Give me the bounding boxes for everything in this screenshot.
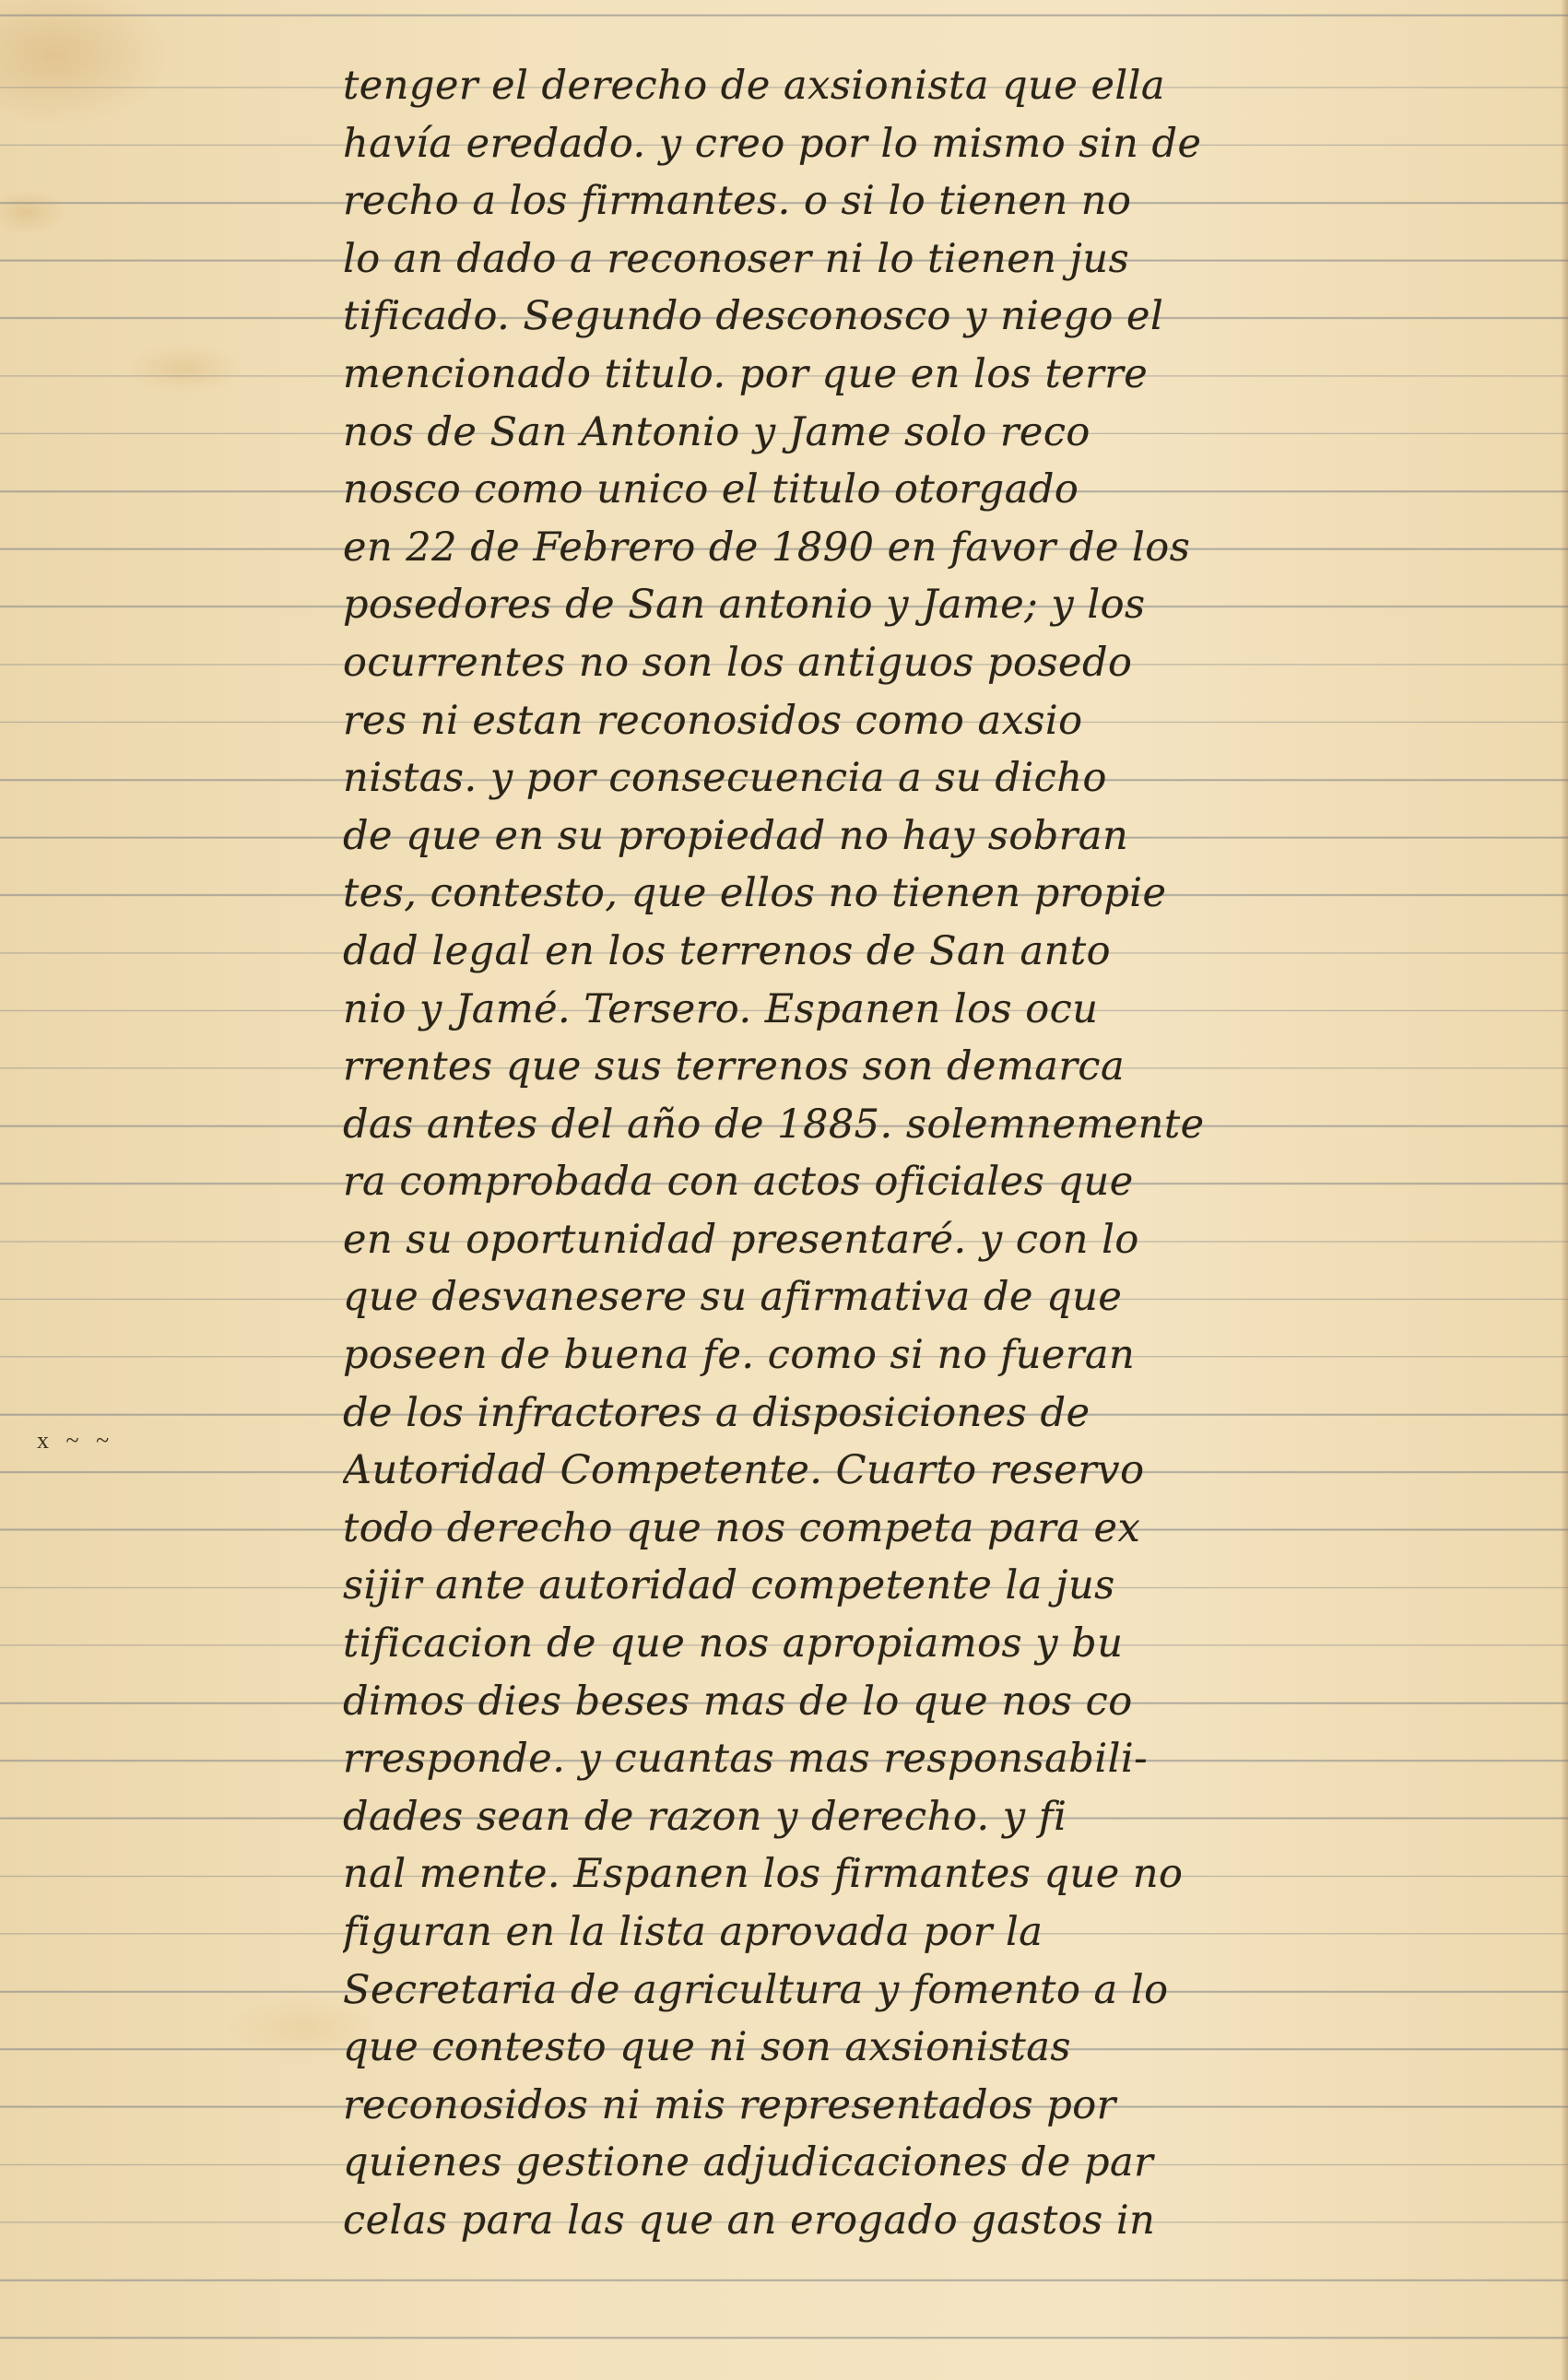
text-line: lo an dado a reconoser ni lo tienen jus <box>343 230 1560 289</box>
text-line: rrentes que sus terrenos son demarca <box>343 1038 1560 1096</box>
manuscript-page: x ~ ~ tenger el derecho de axsionista qu… <box>0 0 1568 2380</box>
text-line: dimos dies beses mas de lo que nos co <box>343 1673 1560 1731</box>
text-line: de los infractores a disposiciones de <box>343 1384 1560 1443</box>
text-line: todo derecho que nos competa para ex <box>343 1500 1560 1558</box>
text-line: tes, contesto, que ellos no tienen propi… <box>343 865 1560 923</box>
text-line: res ni estan reconosidos como axsio <box>343 692 1560 750</box>
text-line: en su oportunidad presentaré. y con lo <box>343 1211 1560 1269</box>
text-line: ocurrentes no son los antiguos posedo <box>343 634 1560 692</box>
text-line: que desvanesere su afirmativa de que <box>343 1268 1560 1326</box>
text-line: recho a los firmantes. o si lo tienen no <box>343 172 1560 230</box>
text-line: havía eredado. y creo por lo mismo sin d… <box>343 115 1560 173</box>
text-line: Secretaria de agricultura y fomento a lo <box>343 1962 1560 2020</box>
text-line: ra comprobada con actos oficiales que <box>343 1153 1560 1211</box>
text-line: reconosidos ni mis representados por <box>343 2077 1560 2135</box>
show-through-ink <box>0 55 332 113</box>
page-edge-shadow <box>1561 0 1568 2380</box>
text-line: tificacion de que nos apropiamos y bu <box>343 1615 1560 1673</box>
text-line: figuran en la lista aprovada por la <box>343 1903 1560 1962</box>
text-line: celas para las que an erogado gastos in <box>343 2192 1560 2250</box>
text-line: posedores de San antonio y Jame; y los <box>343 576 1560 634</box>
text-line: nos de San Antonio y Jame solo reco <box>343 404 1560 462</box>
text-line: Autoridad Competente. Cuarto reservo <box>343 1442 1560 1500</box>
text-line: nal mente. Espanen los firmantes que no <box>343 1845 1560 1903</box>
text-line: poseen de buena fe. como si no fueran <box>343 1326 1560 1384</box>
text-line: nistas. y por consecuencia a su dicho <box>343 749 1560 807</box>
text-line: rresponde. y cuantas mas responsabili- <box>343 1730 1560 1788</box>
text-line: nio y Jamé. Tersero. Espanen los ocu <box>343 981 1560 1039</box>
handwritten-text-block: tenger el derecho de axsionista que ella… <box>343 24 1560 2250</box>
text-line: nosco como unico el titulo otorgado <box>343 461 1560 519</box>
text-line: que contesto que ni son axsionistas <box>343 2019 1560 2077</box>
margin-annotation: x ~ ~ <box>37 1427 114 1455</box>
text-line: mencionado titulo. por que en los terre <box>343 346 1560 404</box>
text-line: tenger el derecho de axsionista que ella <box>343 57 1560 115</box>
text-line: quienes gestione adjudicaciones de par <box>343 2134 1560 2192</box>
text-line: das antes del año de 1885. solemnemente <box>343 1096 1560 1154</box>
text-line: tificado. Segundo desconosco y niego el <box>343 288 1560 346</box>
text-line: dad legal en los terrenos de San anto <box>343 923 1560 981</box>
text-line: sijir ante autoridad competente la jus <box>343 1557 1560 1615</box>
text-line: en 22 de Febrero de 1890 en favor de los <box>343 519 1560 577</box>
text-line: dades sean de razon y derecho. y fi <box>343 1788 1560 1846</box>
text-line: de que en su propiedad no hay sobran <box>343 807 1560 866</box>
